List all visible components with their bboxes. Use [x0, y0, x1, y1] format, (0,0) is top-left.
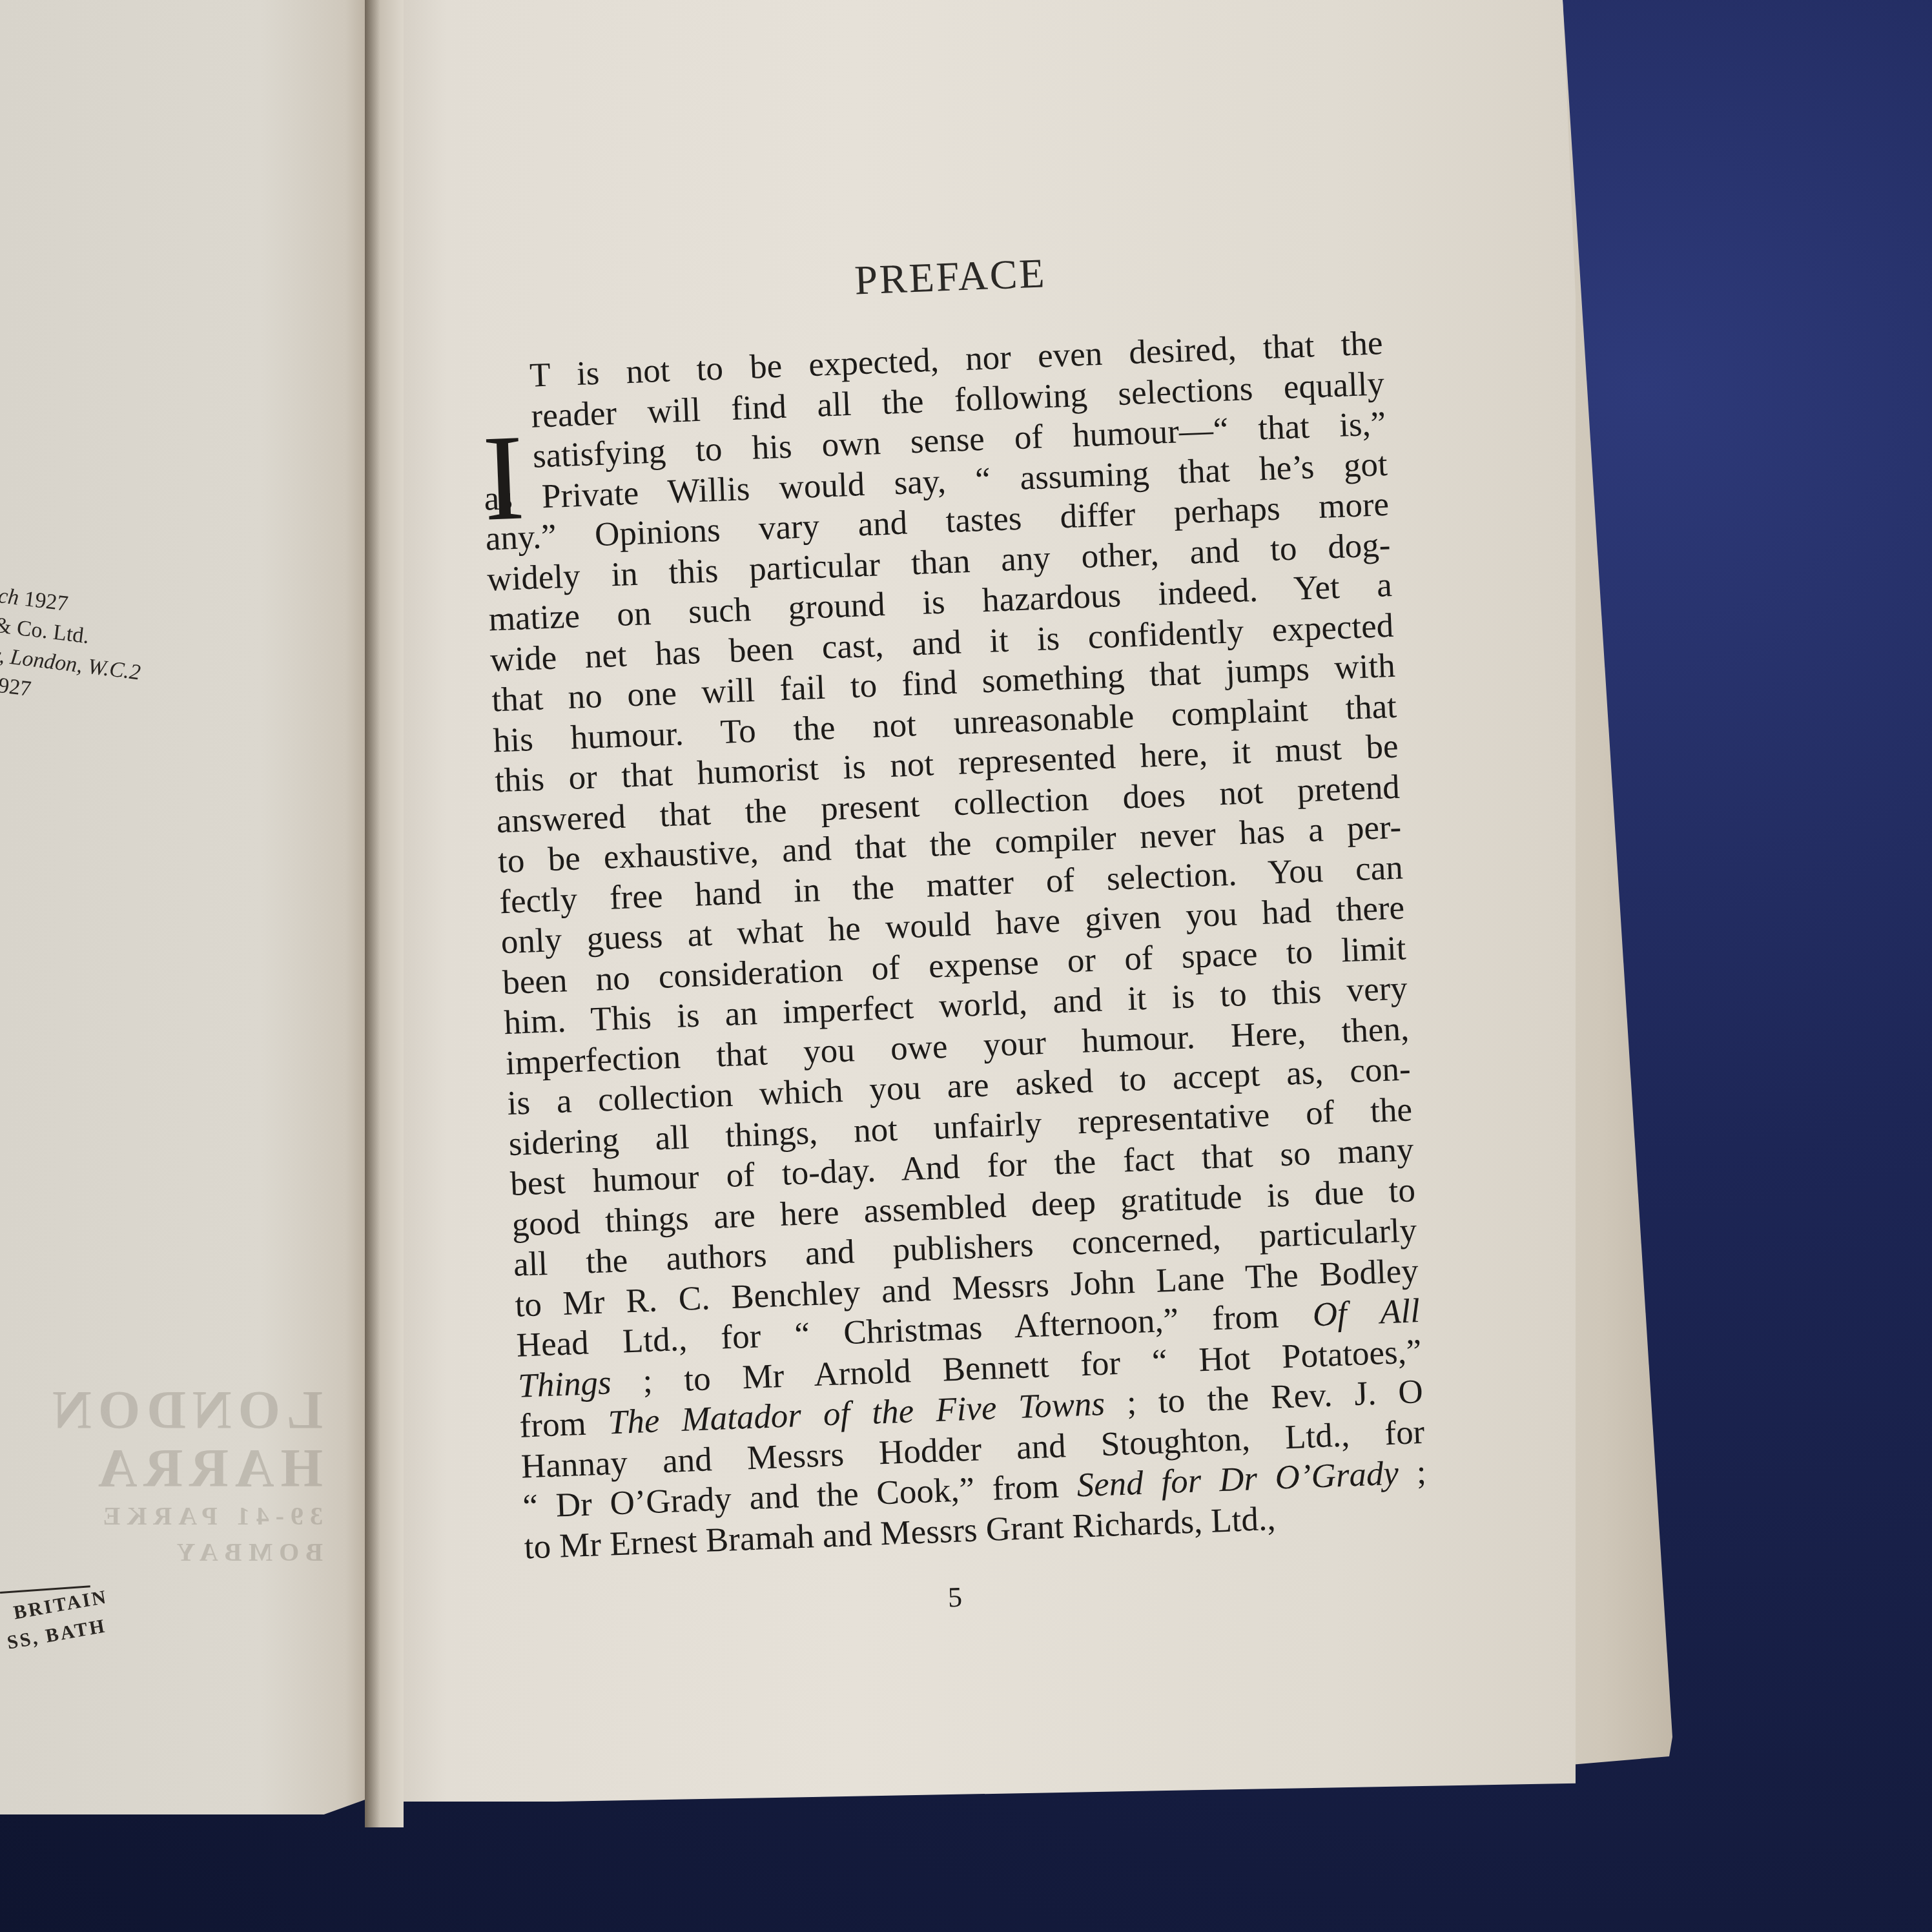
drop-cap: I [481, 426, 526, 530]
imprint-block: ch 1927 & Co. Ltd. y, London, W.C.2 1927 [0, 581, 149, 717]
showthrough-line: HARRA [46, 1440, 323, 1498]
text-run: ; [1398, 1454, 1427, 1492]
book-title-italic: Things [517, 1364, 611, 1404]
printer-imprint: BRITAIN SS, BATH [0, 1583, 115, 1657]
text-run: from [519, 1404, 609, 1444]
book-gutter [365, 0, 404, 1827]
page-number: 5 [947, 1581, 963, 1614]
preface-body: I T is not to be expected, nor even desi… [478, 323, 1428, 1567]
left-page: ch 1927 & Co. Ltd. y, London, W.C.2 1927… [0, 0, 371, 1814]
showthrough-line: LONDON [46, 1382, 323, 1440]
preface-content: PREFACE I T is not to be expected, nor e… [475, 236, 1428, 1567]
book-title-italic: Of All [1312, 1292, 1421, 1333]
showthrough-text: LONDON HARRA 39-41 PARKE BOMBAY [46, 1382, 323, 1570]
showthrough-line: 39-41 PARKE [46, 1498, 323, 1534]
showthrough-line: BOMBAY [46, 1534, 323, 1570]
